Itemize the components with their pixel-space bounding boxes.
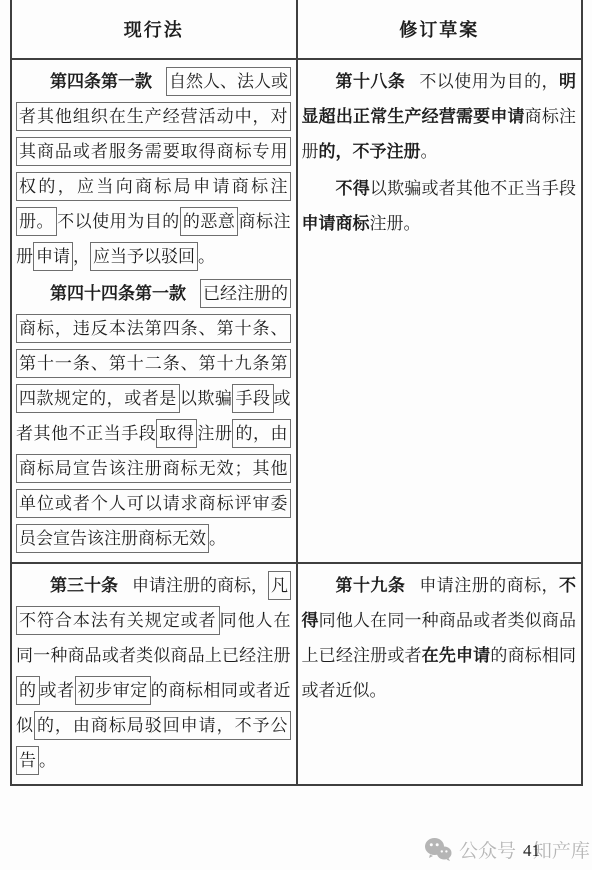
deleted-text-box: 初步审定 <box>75 676 151 705</box>
law-text: 以欺骗 <box>180 389 233 408</box>
added-text: 不得 <box>336 179 370 198</box>
table-header-row: 现行法 修订草案 <box>12 0 581 60</box>
law-text: 以欺骗或者其他不正当手段 <box>370 179 576 198</box>
law-text: 注册。 <box>370 214 421 233</box>
law-paragraph: 第三十条申请注册的商标，凡不符合本法有关规定或者同他人在同一种商品或者类似商品上… <box>16 568 291 778</box>
law-text: 。 <box>421 142 438 161</box>
law-text: 。 <box>198 247 215 266</box>
deleted-text-box: 申请 <box>33 242 73 271</box>
law-text: 。 <box>39 751 56 770</box>
article-number: 第三十条 <box>50 576 118 595</box>
law-text: 申请注册的商标， <box>132 576 268 595</box>
law-paragraph: 第十九条申请注册的商标，不得同他人在同一种商品或者类似商品上已经注册或者在先申请… <box>302 568 577 708</box>
deleted-text-box: 应当予以驳回 <box>90 242 198 271</box>
column-header-current-law: 现行法 <box>12 0 298 58</box>
deleted-text-box: 的恶意 <box>180 207 239 236</box>
deleted-text-box: 取得 <box>156 419 197 448</box>
law-text: 申请注册的商标， <box>419 576 559 595</box>
document-page: 现行法 修订草案 第四条第一款自然人、法人或者其他组织在生产经营活动中，对其商品… <box>0 0 592 870</box>
law-text: 不以使用为目的 <box>57 212 180 231</box>
watermark: 公众号 · 知产库 <box>424 836 590 863</box>
cell-draft-article19: 第十九条申请注册的商标，不得同他人在同一种商品或者类似商品上已经注册或者在先申请… <box>298 564 582 784</box>
law-paragraph: 第十八条不以使用为目的，明显超出正常生产经营需要申请商标注册的，不予注册。 <box>302 64 577 169</box>
cell-current-law-article4-and-44: 第四条第一款自然人、法人或者其他组织在生产经营活动中，对其商品或者服务需要取得商… <box>12 60 298 562</box>
deleted-text-box: 自然人、法人或者其他组织在生产经营活动中，对其商品或者服务需要取得商标专用权的，… <box>16 67 291 236</box>
deleted-text-box: 的 <box>16 676 40 705</box>
law-paragraph: 第四十四条第一款已经注册的商标，违反本法第四条、第十条、第十一条、第十二条、第十… <box>16 276 291 556</box>
wechat-icon <box>424 837 452 862</box>
article-number: 第十九条 <box>336 576 406 595</box>
deleted-text-box: 的，由商标局驳回申请，不予公告 <box>16 711 291 775</box>
added-text: 申请商标 <box>302 214 370 233</box>
law-paragraph: 不得以欺骗或者其他不正当手段申请商标注册。 <box>302 171 577 241</box>
cell-current-law-article30: 第三十条申请注册的商标，凡不符合本法有关规定或者同他人在同一种商品或者类似商品上… <box>12 564 298 784</box>
deleted-text-box: 手段 <box>232 384 273 413</box>
law-text: 不以使用为目的， <box>419 72 559 91</box>
article-number: 第十八条 <box>336 72 406 91</box>
article-number: 第四条第一款 <box>50 72 152 91</box>
added-text: 的，不予注册 <box>319 142 421 161</box>
column-header-revision-draft: 修订草案 <box>298 0 582 58</box>
table-row-article30-vs-19: 第三十条申请注册的商标，凡不符合本法有关规定或者同他人在同一种商品或者类似商品上… <box>12 564 581 784</box>
law-text: 注册 <box>197 424 232 443</box>
law-text: 。 <box>209 529 226 548</box>
law-comparison-table: 现行法 修订草案 第四条第一款自然人、法人或者其他组织在生产经营活动中，对其商品… <box>10 0 583 786</box>
added-text: 在先申请 <box>422 646 491 665</box>
table-row-article4-vs-18: 第四条第一款自然人、法人或者其他组织在生产经营活动中，对其商品或者服务需要取得商… <box>12 60 581 564</box>
law-text: 或者 <box>40 681 75 700</box>
law-paragraph: 第四条第一款自然人、法人或者其他组织在生产经营活动中，对其商品或者服务需要取得商… <box>16 64 291 274</box>
cell-draft-article18: 第十八条不以使用为目的，明显超出正常生产经营需要申请商标注册的，不予注册。不得以… <box>298 60 582 562</box>
law-text: ， <box>73 247 90 266</box>
article-number: 第四十四条第一款 <box>50 284 186 303</box>
page-number: 41 <box>523 841 540 861</box>
